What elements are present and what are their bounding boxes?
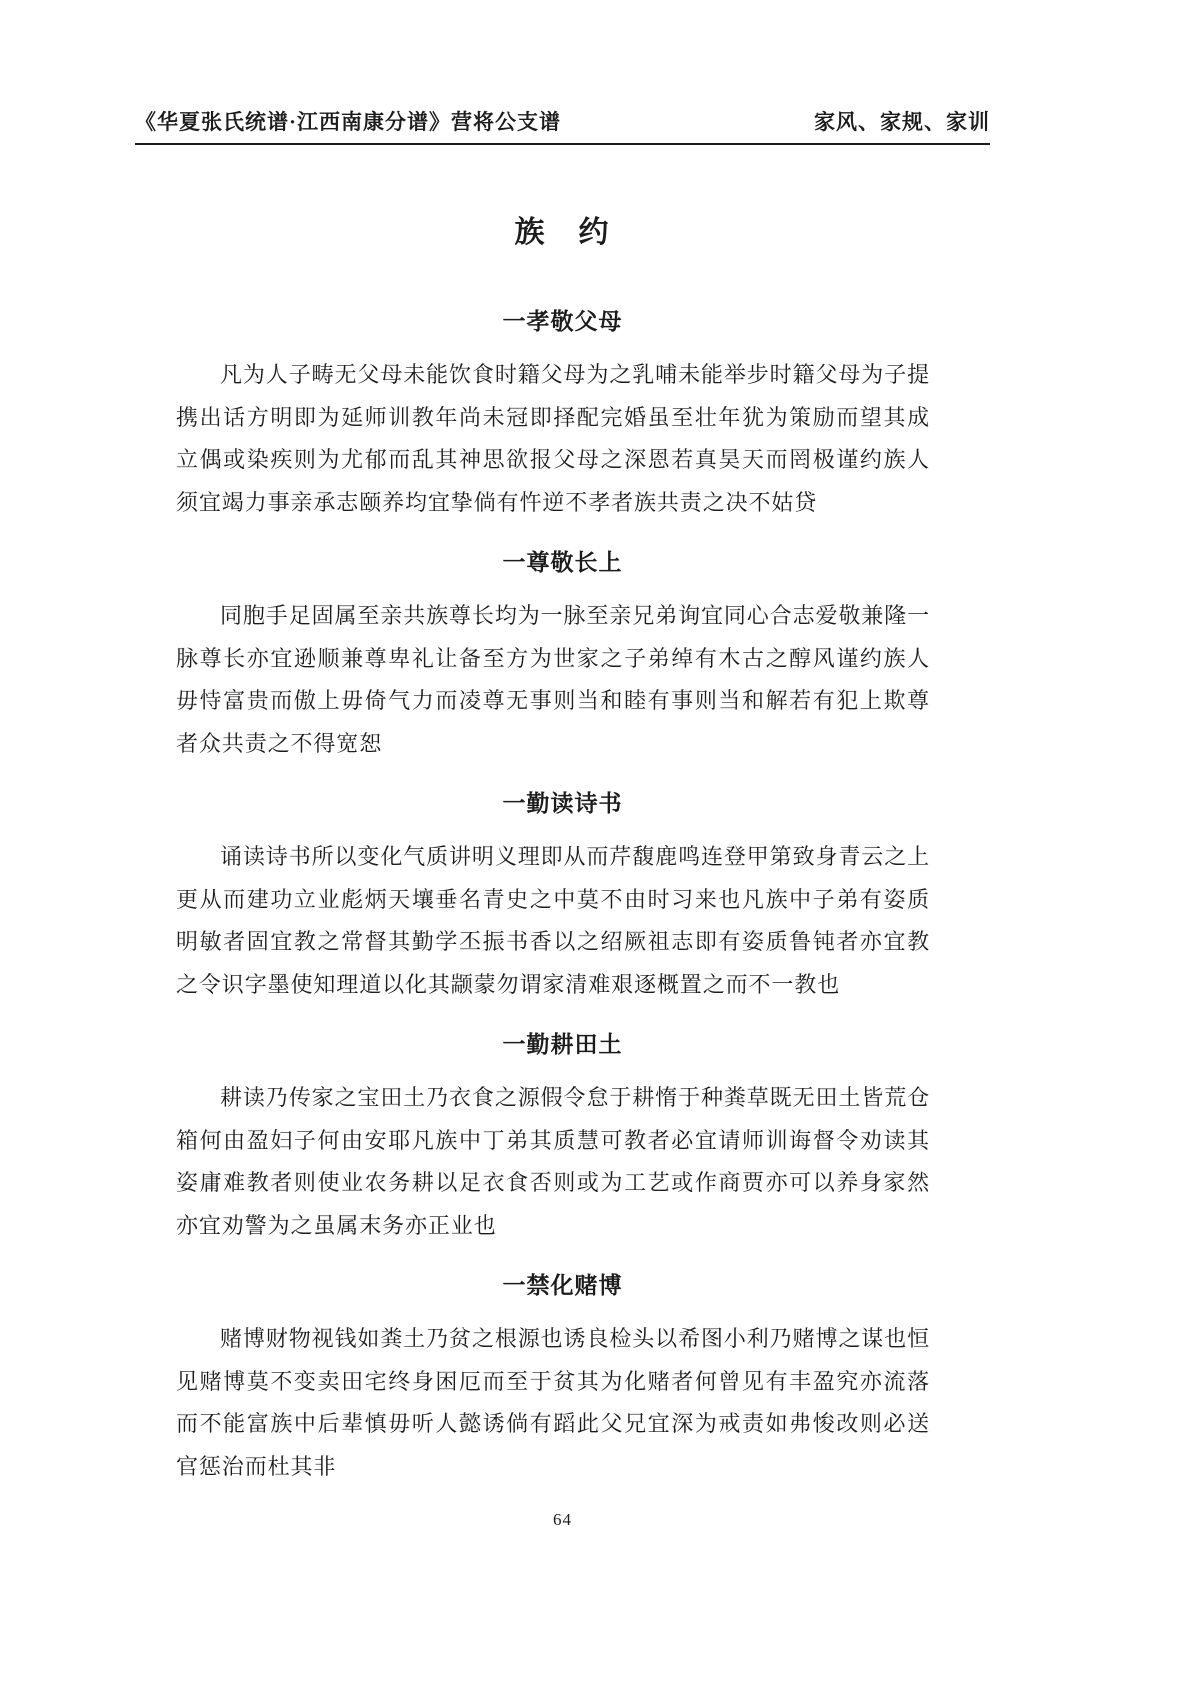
page-footer: 64 [135, 1510, 990, 1530]
section-diligent-farming: 一勤耕田土 耕读乃传家之宝田土乃衣食之源假令怠于耕惰于种粪草既无田土皆荒仓箱何由… [135, 1030, 990, 1247]
page-header: 《华夏张氏统谱·江西南康分谱》营将公支谱 家风、家规、家训 [135, 106, 990, 145]
section-body-filial-piety: 凡为人子畴无父母未能饮食时籍父母为之乳哺未能举步时籍父母为子提携出话方明即为延师… [176, 354, 930, 524]
section-respect-elders: 一尊敬长上 同胞手足固属至亲共族尊长均为一脉至亲兄弟询宜同心合志爱敬兼隆一脉尊长… [135, 548, 990, 765]
section-body-diligent-study: 诵读诗书所以变化气质讲明义理即从而芹馥鹿鸣连登甲第致身青云之上更从而建功立业彪炳… [176, 836, 930, 1006]
section-body-forbid-gambling: 赌博财物视钱如粪土乃贫之根源也诱良检头以希图小利乃赌博之谋也恒见赌博莫不变卖田宅… [176, 1318, 930, 1488]
header-section-category: 家风、家规、家训 [814, 106, 990, 136]
page-number: 64 [553, 1510, 572, 1529]
section-diligent-study: 一勤读诗书 诵读诗书所以变化气质讲明义理即从而芹馥鹿鸣连登甲第致身青云之上更从而… [135, 789, 990, 1006]
section-body-diligent-farming: 耕读乃传家之宝田土乃衣食之源假令怠于耕惰于种粪草既无田土皆荒仓箱何由盈妇子何由安… [176, 1077, 930, 1247]
section-body-respect-elders: 同胞手足固属至亲共族尊长均为一脉至亲兄弟询宜同心合志爱敬兼隆一脉尊长亦宜逊顺兼尊… [176, 595, 930, 765]
section-heading-diligent-farming: 一勤耕田土 [135, 1030, 990, 1060]
section-heading-respect-elders: 一尊敬长上 [135, 548, 990, 578]
header-book-title: 《华夏张氏统谱·江西南康分谱》营将公支谱 [135, 106, 561, 136]
page-content: 《华夏张氏统谱·江西南康分谱》营将公支谱 家风、家规、家训 族 约 一孝敬父母 … [135, 0, 990, 1530]
section-heading-forbid-gambling: 一禁化赌博 [135, 1271, 990, 1301]
document-title: 族 约 [135, 207, 990, 251]
section-forbid-gambling: 一禁化赌博 赌博财物视钱如粪土乃贫之根源也诱良检头以希图小利乃赌博之谋也恒见赌博… [135, 1271, 990, 1488]
section-heading-diligent-study: 一勤读诗书 [135, 789, 990, 819]
section-heading-filial-piety: 一孝敬父母 [135, 307, 990, 337]
document-page: 《华夏张氏统谱·江西南康分谱》营将公支谱 家风、家规、家训 族 约 一孝敬父母 … [0, 0, 1190, 1683]
section-filial-piety: 一孝敬父母 凡为人子畴无父母未能饮食时籍父母为之乳哺未能举步时籍父母为子提携出话… [135, 307, 990, 524]
